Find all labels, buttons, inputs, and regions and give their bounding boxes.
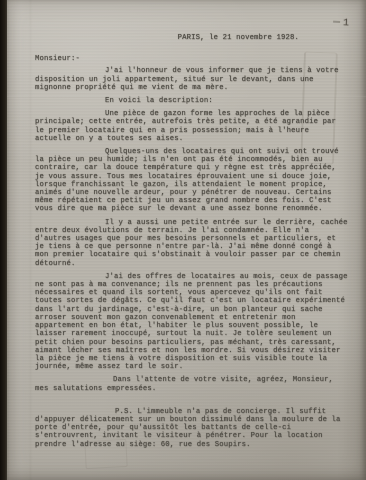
letter-body: PARIS, le 21 novembre 1928. Monsieur:- J… [35,0,349,454]
letter-postscript: P.S. L'immeuble n'a pas de concierge. Il… [35,408,349,449]
letter-closing: Dans l'attente de votre visite, agréez, … [35,376,349,392]
letter-paragraph-back-entrance: Il y a aussi une petite entrée sur le de… [35,219,349,268]
letter-paragraph-tenants: Quelques-uns des locataires qui ont suiv… [35,148,349,214]
letter-salutation: Monsieur:- [35,55,349,63]
letter-paragraph-intro: J'ai l'honneur de vous informer que je t… [35,67,349,92]
letter-dateline: PARIS, le 21 novembre 1928. [35,34,349,42]
letter-paragraph-offers: J'ai des offres de locataires au mois, c… [35,273,349,371]
letter-paragraph-description: Une pièce de gazon forme les approches d… [35,110,349,143]
scanned-letter-photo: 1 PARIS, le 21 novembre 1928. Monsieur:-… [0,0,366,480]
letter-page: 1 PARIS, le 21 novembre 1928. Monsieur:-… [7,0,366,480]
letter-paragraph-description-heading: En voici la description: [35,97,349,105]
